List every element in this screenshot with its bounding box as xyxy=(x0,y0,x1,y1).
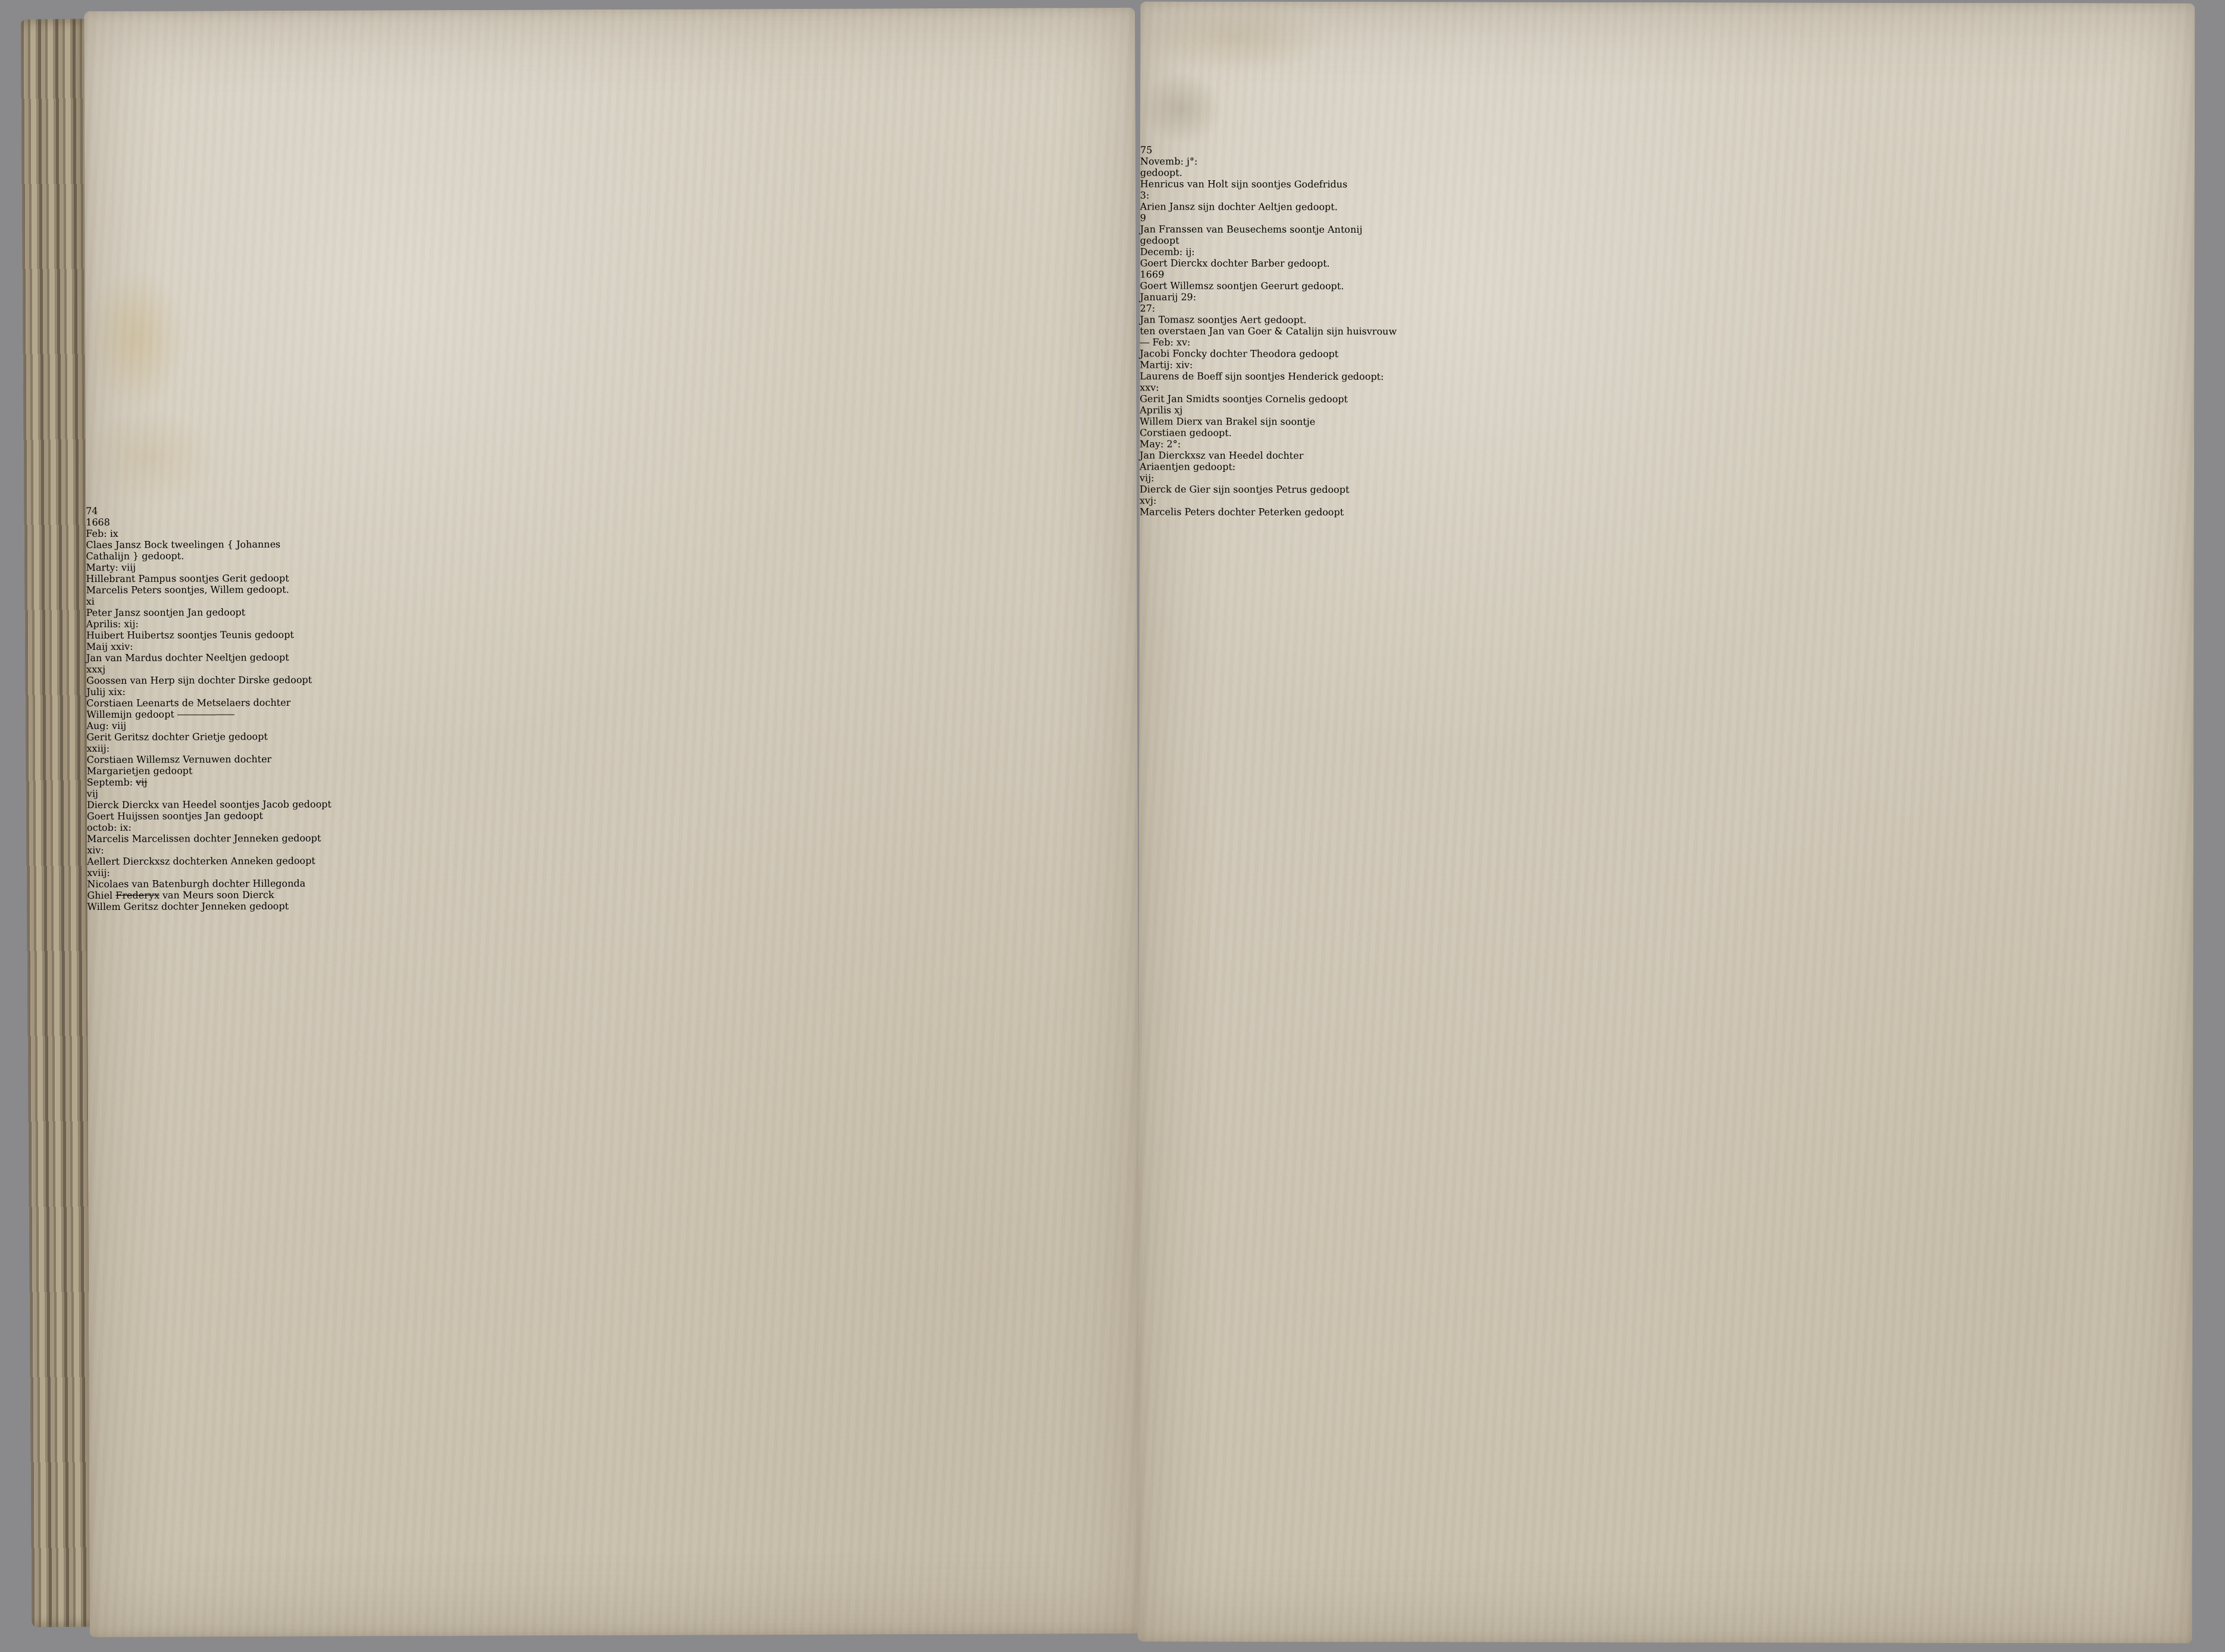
entry-text: Dierck Dierckx van Heedel soontjes Jacob… xyxy=(87,796,1138,822)
entry-line: ten overstaen Jan van Goer & Catalijn si… xyxy=(1140,325,2194,338)
year-first-entry: Goert Willemsz soontjen Geerurt gedoopt. xyxy=(1140,280,2195,293)
year-row-1669: 1669 Goert Willemsz soontjen Geerurt ged… xyxy=(1140,268,2195,293)
entry-text: Jan Tomasz soontjes Aert gedoopt.ten ove… xyxy=(1140,314,2194,338)
entry-text: gedoopt.Henricus van Holt sijn soontjes … xyxy=(1140,167,2195,191)
left-page-content: 1668 Feb: ixClaes Jansz Bock tweelingen … xyxy=(86,513,1138,912)
baptism-entry: Aprilis xjWillem Dierx van Brakel sijn s… xyxy=(1140,404,2194,440)
baptism-entry: ― Feb: xv:Jacobi Foncky dochter Theodora… xyxy=(1140,336,2194,361)
baptism-entry: xiPeter Jansz soontjen Jan gedoopt xyxy=(86,592,1137,618)
paper-stain xyxy=(85,267,187,410)
entry-text: Nicolaes van Batenburgh dochter Hillegon… xyxy=(87,875,1138,912)
entry-text: Laurens de Boeff sijn soontjes Henderick… xyxy=(1140,370,2194,383)
baptism-entry: Maij xxiv:Jan van Mardus dochter Neeltje… xyxy=(86,637,1137,664)
baptism-entry: vij:Dierck de Gier sijn soontjes Petrus … xyxy=(1140,472,2194,496)
entry-line: Dierck de Gier sijn soontjes Petrus gedo… xyxy=(1140,483,2194,496)
paper-crease xyxy=(84,8,1135,267)
baptism-entry: Aprilis: xij:Huibert Huibertsz soontjes … xyxy=(86,615,1137,641)
baptism-entry: Aug: viijGerit Geritsz dochter Grietje g… xyxy=(86,717,1137,743)
baptism-entry: Feb: ixClaes Jansz Bock tweelingen { Joh… xyxy=(86,524,1137,562)
entry-line: Jan Dierckxsz van Heedel dochter xyxy=(1140,449,2194,462)
baptism-entry: xvj:Marcelis Peters dochter Peterken ged… xyxy=(1140,495,2194,519)
baptism-entry: Marty: viijHillebrant Pampus soontjes Ge… xyxy=(86,558,1137,596)
baptism-entry: xxxjGoossen van Herp sijn dochter Dirske… xyxy=(86,660,1137,686)
entry-text: Arien Jansz sijn dochter Aeltjen gedoopt… xyxy=(1140,201,2195,214)
entry-text: Dierck de Gier sijn soontjes Petrus gedo… xyxy=(1140,483,2194,496)
entry-date: Septemb: vijvij xyxy=(87,773,1138,799)
right-page-content: Novemb: j°:gedoopt.Henricus van Holt sij… xyxy=(1140,155,2195,519)
baptism-entry: Julij xix:Corstiaen Leenarts de Metselae… xyxy=(86,683,1137,720)
baptism-entry: xiv:Aellert Dierckxsz dochterken Anneken… xyxy=(87,841,1138,867)
entry-line: Henricus van Holt sijn soontjes Godefrid… xyxy=(1140,178,2195,191)
baptism-entry: 9Jan Franssen van Beusechems soontje Ant… xyxy=(1140,212,2195,248)
entry-text: Jan Dierckxsz van Heedel dochterAriaentj… xyxy=(1140,449,2194,474)
baptism-entry: octob: ix:Marcelis Marcelissen dochter J… xyxy=(87,818,1138,844)
baptism-entry: 3:Arien Jansz sijn dochter Aeltjen gedoo… xyxy=(1140,189,2195,214)
baptism-entry: May: 2°:Jan Dierckxsz van Heedel dochter… xyxy=(1140,438,2194,474)
entry-text: Claes Jansz Bock tweelingen { JohannesCa… xyxy=(86,536,1137,562)
entry-line: Jacobi Foncky dochter Theodora gedoopt xyxy=(1140,348,2194,361)
baptism-entry: xxv:Gerit Jan Smidts soontjes Cornelis g… xyxy=(1140,381,2194,406)
entry-text: Willem Dierx van Brakel sijn soontjeCors… xyxy=(1140,415,2194,440)
baptism-entry: xviij:Nicolaes van Batenburgh dochter Hi… xyxy=(87,863,1138,912)
book-page-edges-right xyxy=(2192,5,2217,1642)
right-entries-1669: Januarij 29:27:Jan Tomasz soontjes Aert … xyxy=(1140,291,2195,519)
paper-stain xyxy=(86,409,217,505)
entry-line: Willem Dierx van Brakel sijn soontje xyxy=(1140,415,2194,428)
right-page: 75 Novemb: j°:gedoopt.Henricus van Holt … xyxy=(1138,1,2195,1643)
entry-line: Jan Franssen van Beusechems soontje Anto… xyxy=(1140,223,2195,236)
baptism-entry: Septemb: vijvijDierck Dierckx van Heedel… xyxy=(87,773,1138,822)
entry-text: Marcelis Peters dochter Peterken gedoopt xyxy=(1140,506,2194,519)
baptism-entry: Martij: xiv:Laurens de Boeff sijn soontj… xyxy=(1140,359,2194,383)
entry-text: Jacobi Foncky dochter Theodora gedoopt xyxy=(1140,348,2194,361)
entry-text: Hillebrant Pampus soontjes Gerit gedoopt… xyxy=(86,570,1137,596)
entry-text: Goert Dierckx dochter Barber gedoopt. xyxy=(1140,257,2195,270)
right-entries-1668: Novemb: j°:gedoopt.Henricus van Holt sij… xyxy=(1140,155,2195,270)
entry-text: Gerit Jan Smidts soontjes Cornelis gedoo… xyxy=(1140,393,2194,406)
baptism-entry: 27:Jan Tomasz soontjes Aert gedoopt.ten … xyxy=(1140,302,2194,338)
left-entries: Feb: ixClaes Jansz Bock tweelingen { Joh… xyxy=(86,524,1138,912)
entry-line: Laurens de Boeff sijn soontjes Henderick… xyxy=(1140,370,2194,383)
entry-line: Arien Jansz sijn dochter Aeltjen gedoopt… xyxy=(1140,201,2195,214)
manuscript-photo: 74 1668 Feb: ixClaes Jansz Bock tweeling… xyxy=(0,0,2225,1652)
entry-text: Jan Franssen van Beusechems soontje Anto… xyxy=(1140,223,2195,248)
paper-stain xyxy=(1140,1,1331,73)
entry-text: Corstiaen Willemsz Vernuwen dochterMarga… xyxy=(87,750,1138,777)
baptism-entry: Decemb: ij:Goert Dierckx dochter Barber … xyxy=(1140,246,2195,270)
baptism-entry: Novemb: j°:gedoopt.Henricus van Holt sij… xyxy=(1140,155,2195,191)
entry-line: Marcelis Peters dochter Peterken gedoopt xyxy=(1140,506,2194,519)
entry-line: Gerit Jan Smidts soontjes Cornelis gedoo… xyxy=(1140,393,2194,406)
entry-line: Goert Dierckx dochter Barber gedoopt. xyxy=(1140,257,2195,270)
baptism-entry: xxiij:Corstiaen Willemsz Vernuwen dochte… xyxy=(87,739,1138,777)
left-page: 74 1668 Feb: ixClaes Jansz Bock tweeling… xyxy=(84,8,1141,1637)
entry-text: Corstiaen Leenarts de Metselaers dochter… xyxy=(86,694,1137,720)
paper-smudge xyxy=(1140,73,1223,144)
